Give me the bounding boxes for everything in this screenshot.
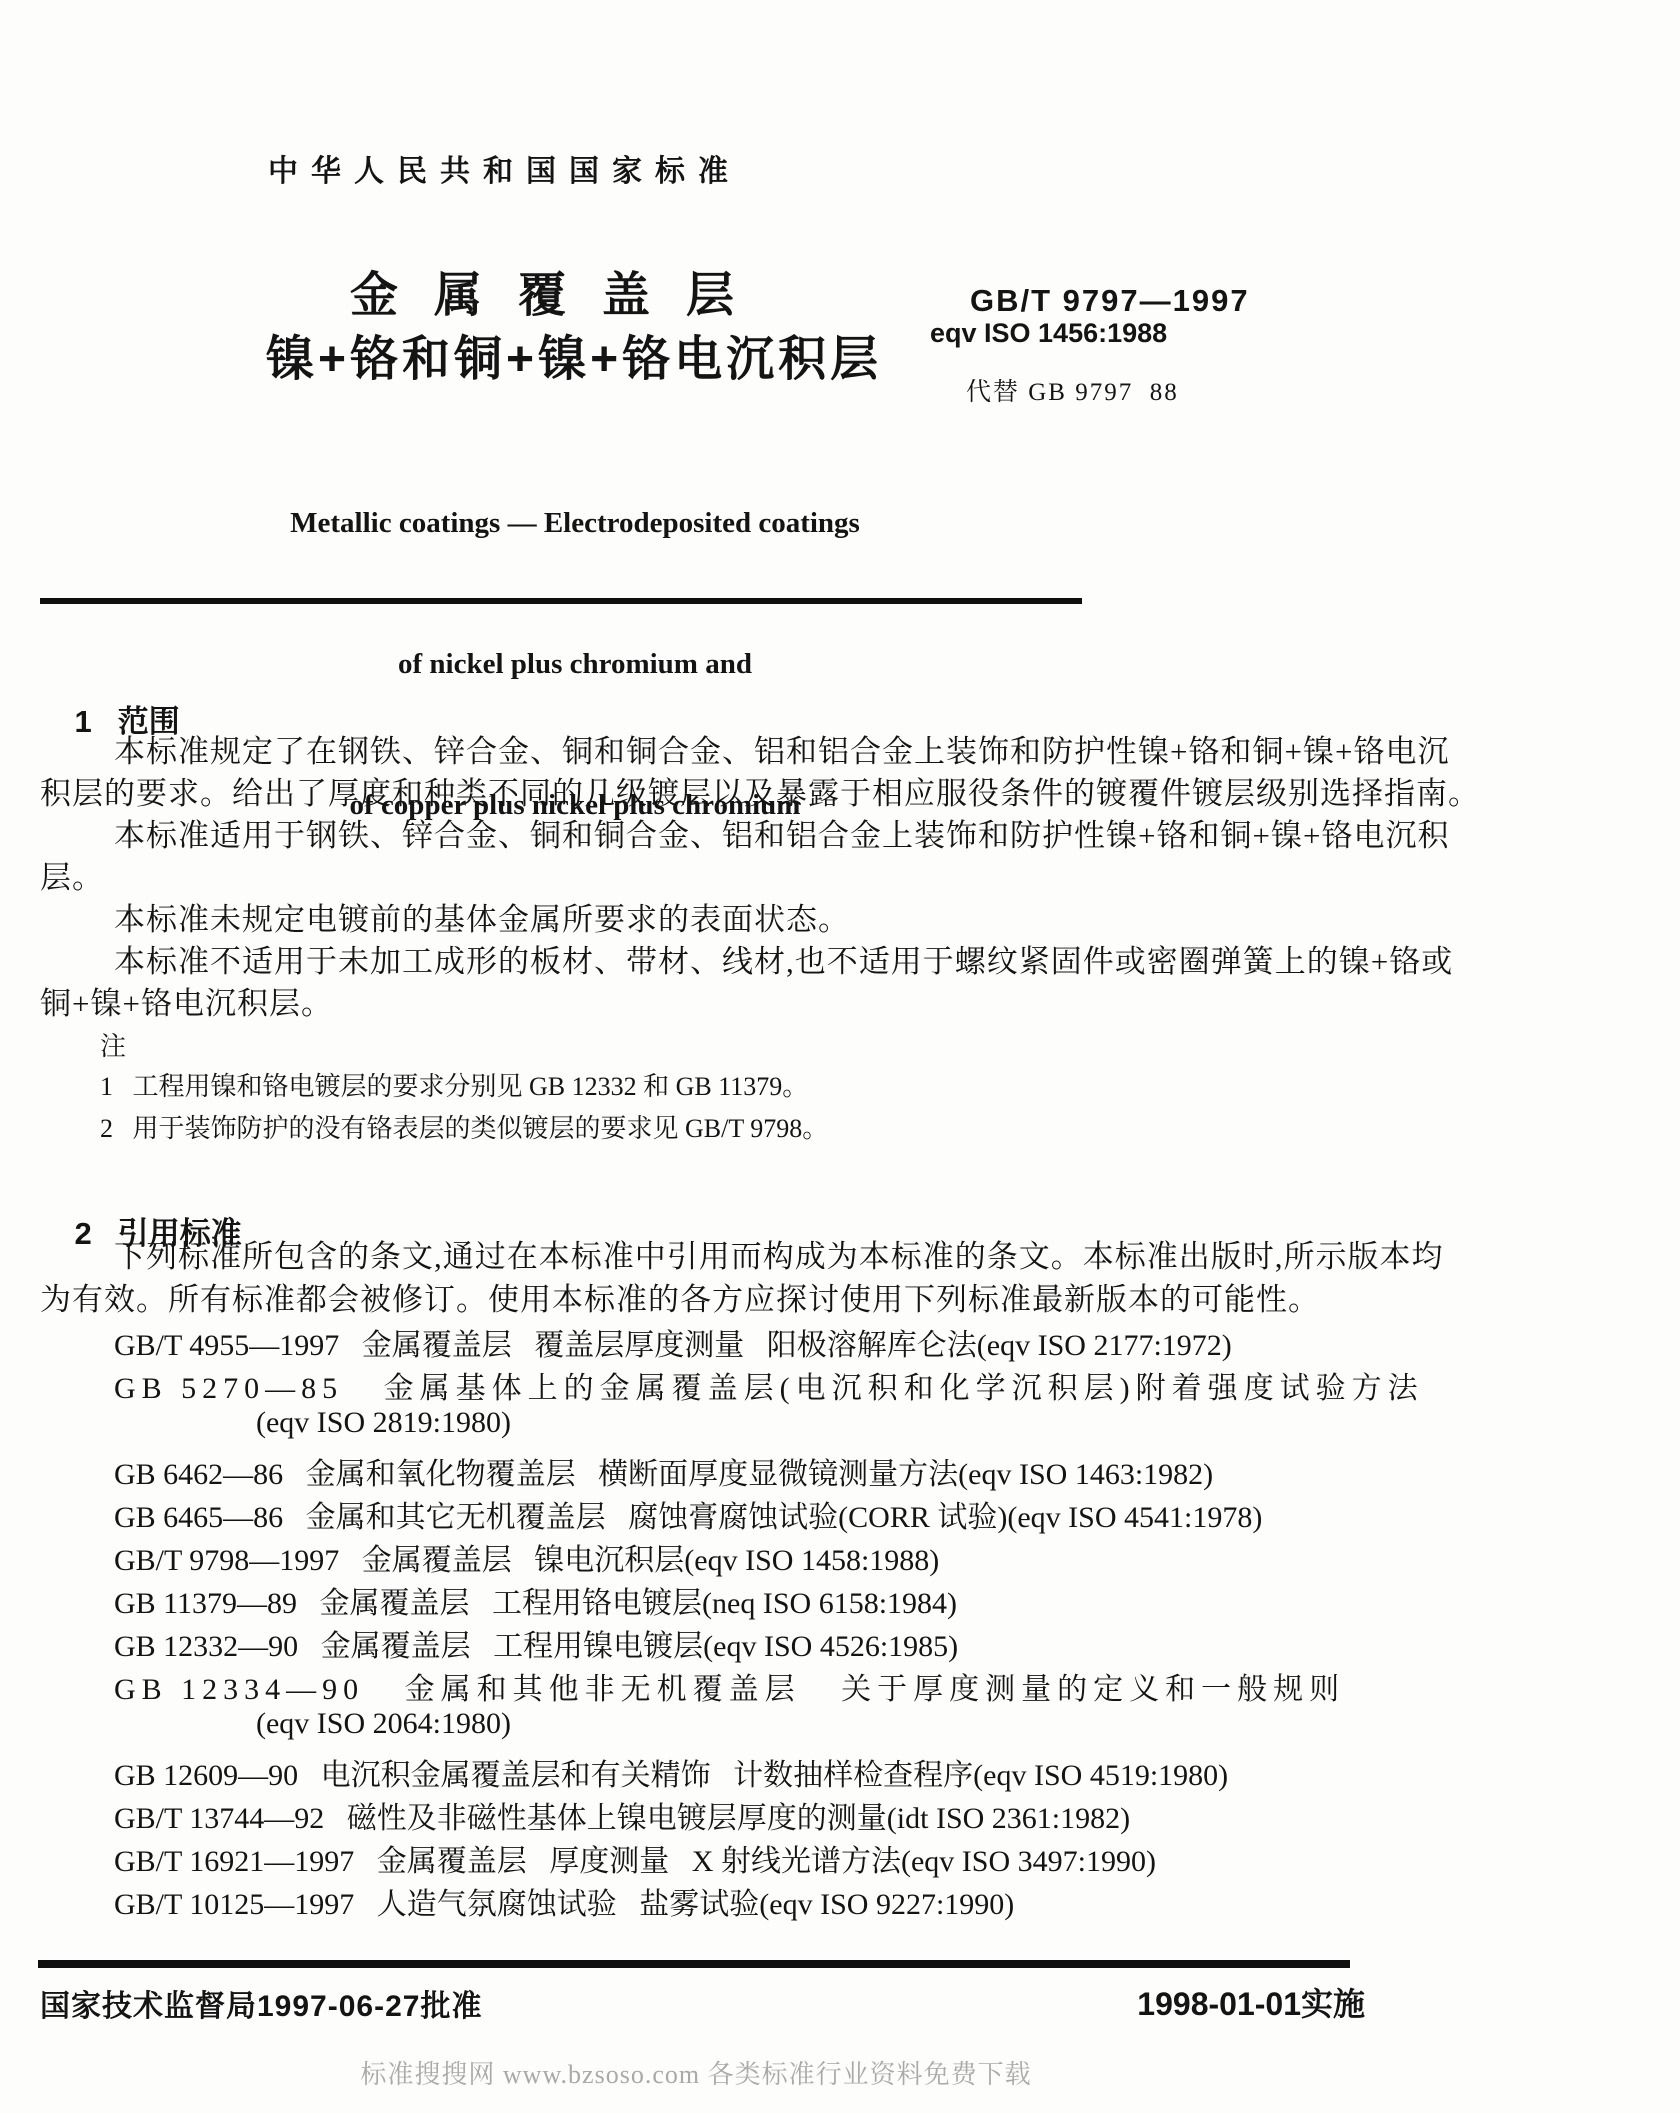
national-standard-label: 中华人民共和国国家标准 <box>268 146 741 190</box>
referenced-standard: GB 12332—90 金属覆盖层 工程用镍电镀层(eqv ISO 4526:1… <box>114 1621 958 1665</box>
title-chinese-line2: 镍+铬和铜+镍+铬电沉积层 <box>266 320 882 389</box>
header-divider-rule <box>40 598 1082 604</box>
notes-label: 注 <box>100 1026 126 1063</box>
section-scope-number: 1 <box>74 704 91 739</box>
note-item: 1 工程用镍和铬电镀层的要求分别见 GB 12332 和 GB 11379。 <box>100 1066 808 1103</box>
referenced-standard: GB/T 13744—92 磁性及非磁性基体上镍电镀层厚度的测量(idt ISO… <box>114 1793 1130 1837</box>
document-page: 中华人民共和国国家标准 金属覆盖层 镍+铬和铜+镍+铬电沉积层 GB/T 979… <box>0 0 1680 2113</box>
section-references-number: 2 <box>74 1216 91 1251</box>
references-intro-line: 下列标准所包含的条文,通过在本标准中引用而构成为本标准的条文。本标准出版时,所示… <box>114 1231 1444 1276</box>
referenced-standard: GB 6465—86 金属和其它无机覆盖层 腐蚀膏腐蚀试验(CORR 试验)(e… <box>114 1492 1262 1536</box>
referenced-standard: GB 12334—90 金属和其他非无机覆盖层 关于厚度测量的定义和一般规则 <box>114 1664 1345 1708</box>
referenced-standard: GB/T 10125—1997 人造气氛腐蚀试验 盐雾试验(eqv ISO 92… <box>114 1879 1014 1923</box>
scope-text-line: 积层的要求。给出了厚度和种类不同的几级镀层以及暴露于相应服役条件的镀覆件镀层级别… <box>40 768 1480 813</box>
site-watermark: 标准搜搜网 www.bzsoso.com 各类标准行业资料免费下载 <box>40 2054 1352 2091</box>
iso-equivalence: eqv ISO 1456:1988 <box>930 318 1167 349</box>
referenced-standard: GB/T 9798—1997 金属覆盖层 镍电沉积层(eqv ISO 1458:… <box>114 1535 939 1579</box>
referenced-standard: GB 5270—85 金属基体上的金属覆盖层(电沉积和化学沉积层)附着强度试验方… <box>114 1363 1424 1407</box>
referenced-standard: GB 6462—86 金属和氧化物覆盖层 横断面厚度显微镜测量方法(eqv IS… <box>114 1449 1213 1493</box>
title-english-line2: of nickel plus chromium and <box>40 641 1110 688</box>
referenced-standard: GB/T 4955—1997 金属覆盖层 覆盖层厚度测量 阳极溶解库仑法(eqv… <box>114 1320 1232 1364</box>
implementation-date: 1998-01-01实施 <box>1137 1979 1365 2025</box>
standard-number: GB/T 9797—1997 <box>970 283 1250 319</box>
referenced-standard: GB 12609—90 电沉积金属覆盖层和有关精饰 计数抽样检查程序(eqv I… <box>114 1750 1228 1794</box>
scope-text-line: 层。 <box>40 852 104 897</box>
scope-text-line: 铜+镍+铬电沉积层。 <box>40 978 333 1023</box>
approval-statement: 国家技术监督局1997-06-27批准 <box>40 1981 482 2025</box>
scope-text-line: 本标准未规定电镀前的基体金属所要求的表面状态。 <box>114 894 850 939</box>
title-chinese-line1: 金属覆盖层 <box>350 256 770 325</box>
referenced-standard-continuation: (eqv ISO 2064:1980) <box>256 1707 511 1741</box>
scope-text-line: 本标准规定了在钢铁、锌合金、铜和铜合金、铝和铝合金上装饰和防护性镍+铬和铜+镍+… <box>114 726 1449 771</box>
note-item: 2 用于装饰防护的没有铬表层的类似镀层的要求见 GB/T 9798。 <box>100 1108 828 1145</box>
replaces-note: 代替 GB 9797 88 <box>966 372 1179 408</box>
referenced-standard: GB/T 16921—1997 金属覆盖层 厚度测量 X 射线光谱方法(eqv … <box>114 1836 1156 1880</box>
scope-text-line: 本标准适用于钢铁、锌合金、铜和铜合金、铝和铝合金上装饰和防护性镍+铬和铜+镍+铬… <box>114 810 1449 855</box>
references-intro-line: 为有效。所有标准都会被修订。使用本标准的各方应探讨使用下列标准最新版本的可能性。 <box>40 1274 1320 1319</box>
referenced-standard: GB 11379—89 金属覆盖层 工程用铬电镀层(neq ISO 6158:1… <box>114 1578 957 1622</box>
referenced-standard-continuation: (eqv ISO 2819:1980) <box>256 1406 511 1440</box>
title-english-line1: Metallic coatings — Electrodeposited coa… <box>40 500 1110 547</box>
scope-text-line: 本标准不适用于未加工成形的板材、带材、线材,也不适用于螺纹紧固件或密圈弹簧上的镍… <box>114 936 1453 981</box>
footer-divider-rule <box>38 1960 1350 1968</box>
